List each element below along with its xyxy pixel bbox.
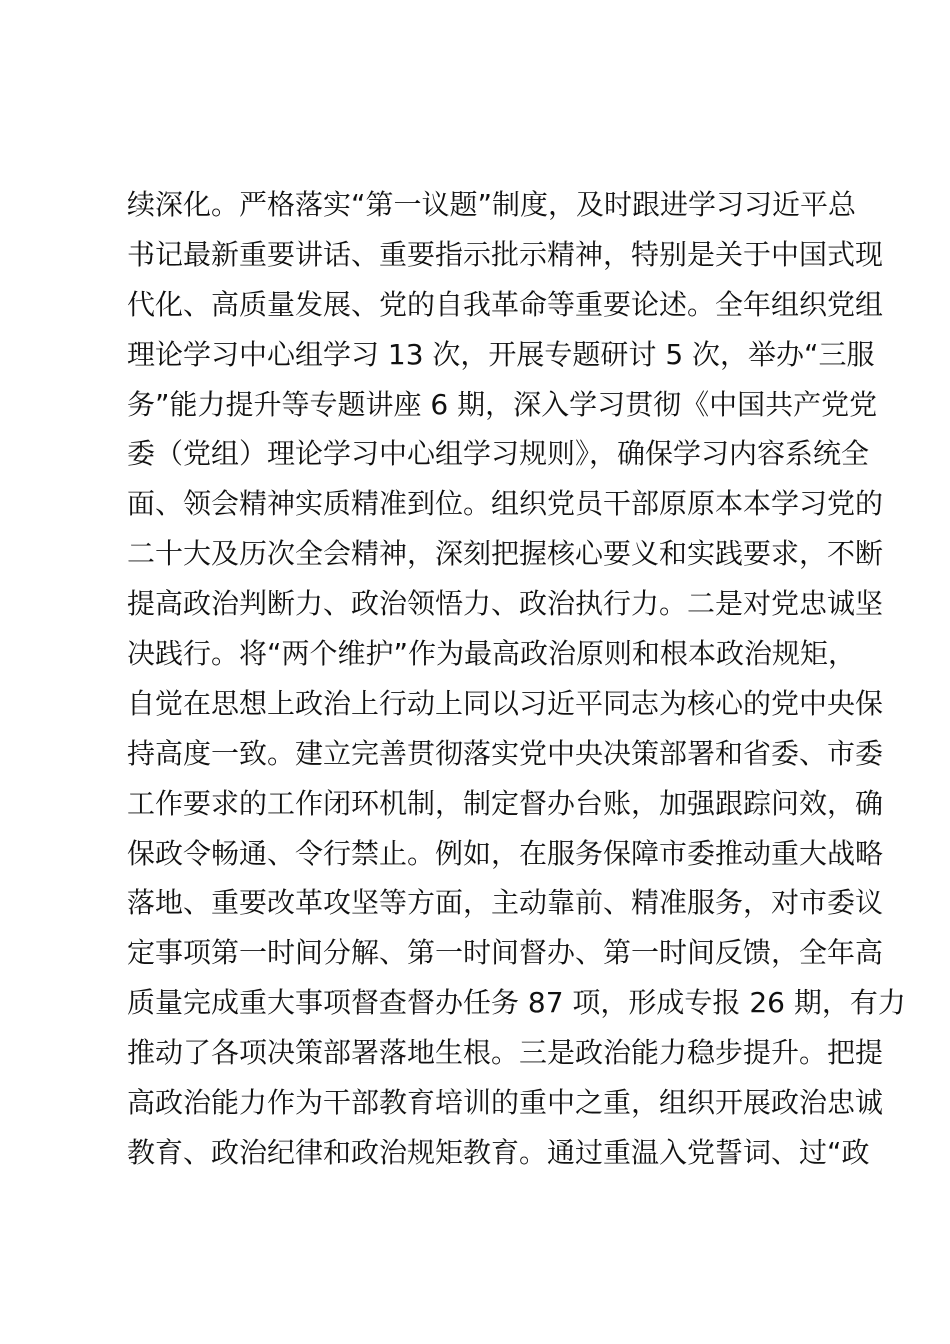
text-line: 教育、政治纪律和政治规矩教育。通过重温入党誓词、过“政 (127, 1128, 830, 1178)
text-line: 提高政治判断力、政治领悟力、政治执行力。二是对党忠诚坚 (127, 579, 830, 629)
text-line: 工作要求的工作闭环机制，制定督办台账，加强跟踪问效，确 (127, 779, 830, 829)
text-line: 代化、高质量发展、党的自我革命等重要论述。全年组织党组 (127, 280, 830, 330)
text-line: 高政治能力作为干部教育培训的重中之重，组织开展政治忠诚 (127, 1078, 830, 1128)
text-line: 续深化。严格落实“第一议题”制度，及时跟进学习习近平总 (127, 180, 830, 230)
text-line: 理论学习中心组学习 13 次，开展专题研讨 5 次，举办“三服 (127, 330, 830, 380)
text-line: 自觉在思想上政治上行动上同以习近平同志为核心的党中央保 (127, 679, 830, 729)
text-line: 务”能力提升等专题讲座 6 期，深入学习贯彻《中国共产党党 (127, 380, 830, 430)
body-paragraph: 续深化。严格落实“第一议题”制度，及时跟进学习习近平总 书记最新重要讲话、重要指… (127, 180, 830, 1178)
text-line: 书记最新重要讲话、重要指示批示精神，特别是关于中国式现 (127, 230, 830, 280)
text-line: 落地、重要改革攻坚等方面，主动靠前、精准服务，对市委议 (127, 878, 830, 928)
text-line: 定事项第一时间分解、第一时间督办、第一时间反馈，全年高 (127, 928, 830, 978)
text-line: 推动了各项决策部署落地生根。三是政治能力稳步提升。把提 (127, 1028, 830, 1078)
text-line: 二十大及历次全会精神，深刻把握核心要义和实践要求，不断 (127, 529, 830, 579)
text-line: 持高度一致。建立完善贯彻落实党中央决策部署和省委、市委 (127, 729, 830, 779)
document-page: 续深化。严格落实“第一议题”制度，及时跟进学习习近平总 书记最新重要讲话、重要指… (0, 0, 950, 1344)
text-line: 质量完成重大事项督查督办任务 87 项，形成专报 26 期，有力 (127, 978, 830, 1028)
text-line: 面、领会精神实质精准到位。组织党员干部原原本本学习党的 (127, 479, 830, 529)
text-line: 决践行。将“两个维护”作为最高政治原则和根本政治规矩， (127, 629, 830, 679)
text-line: 保政令畅通、令行禁止。例如，在服务保障市委推动重大战略 (127, 829, 830, 879)
text-line: 委（党组）理论学习中心组学习规则》，确保学习内容系统全 (127, 429, 830, 479)
